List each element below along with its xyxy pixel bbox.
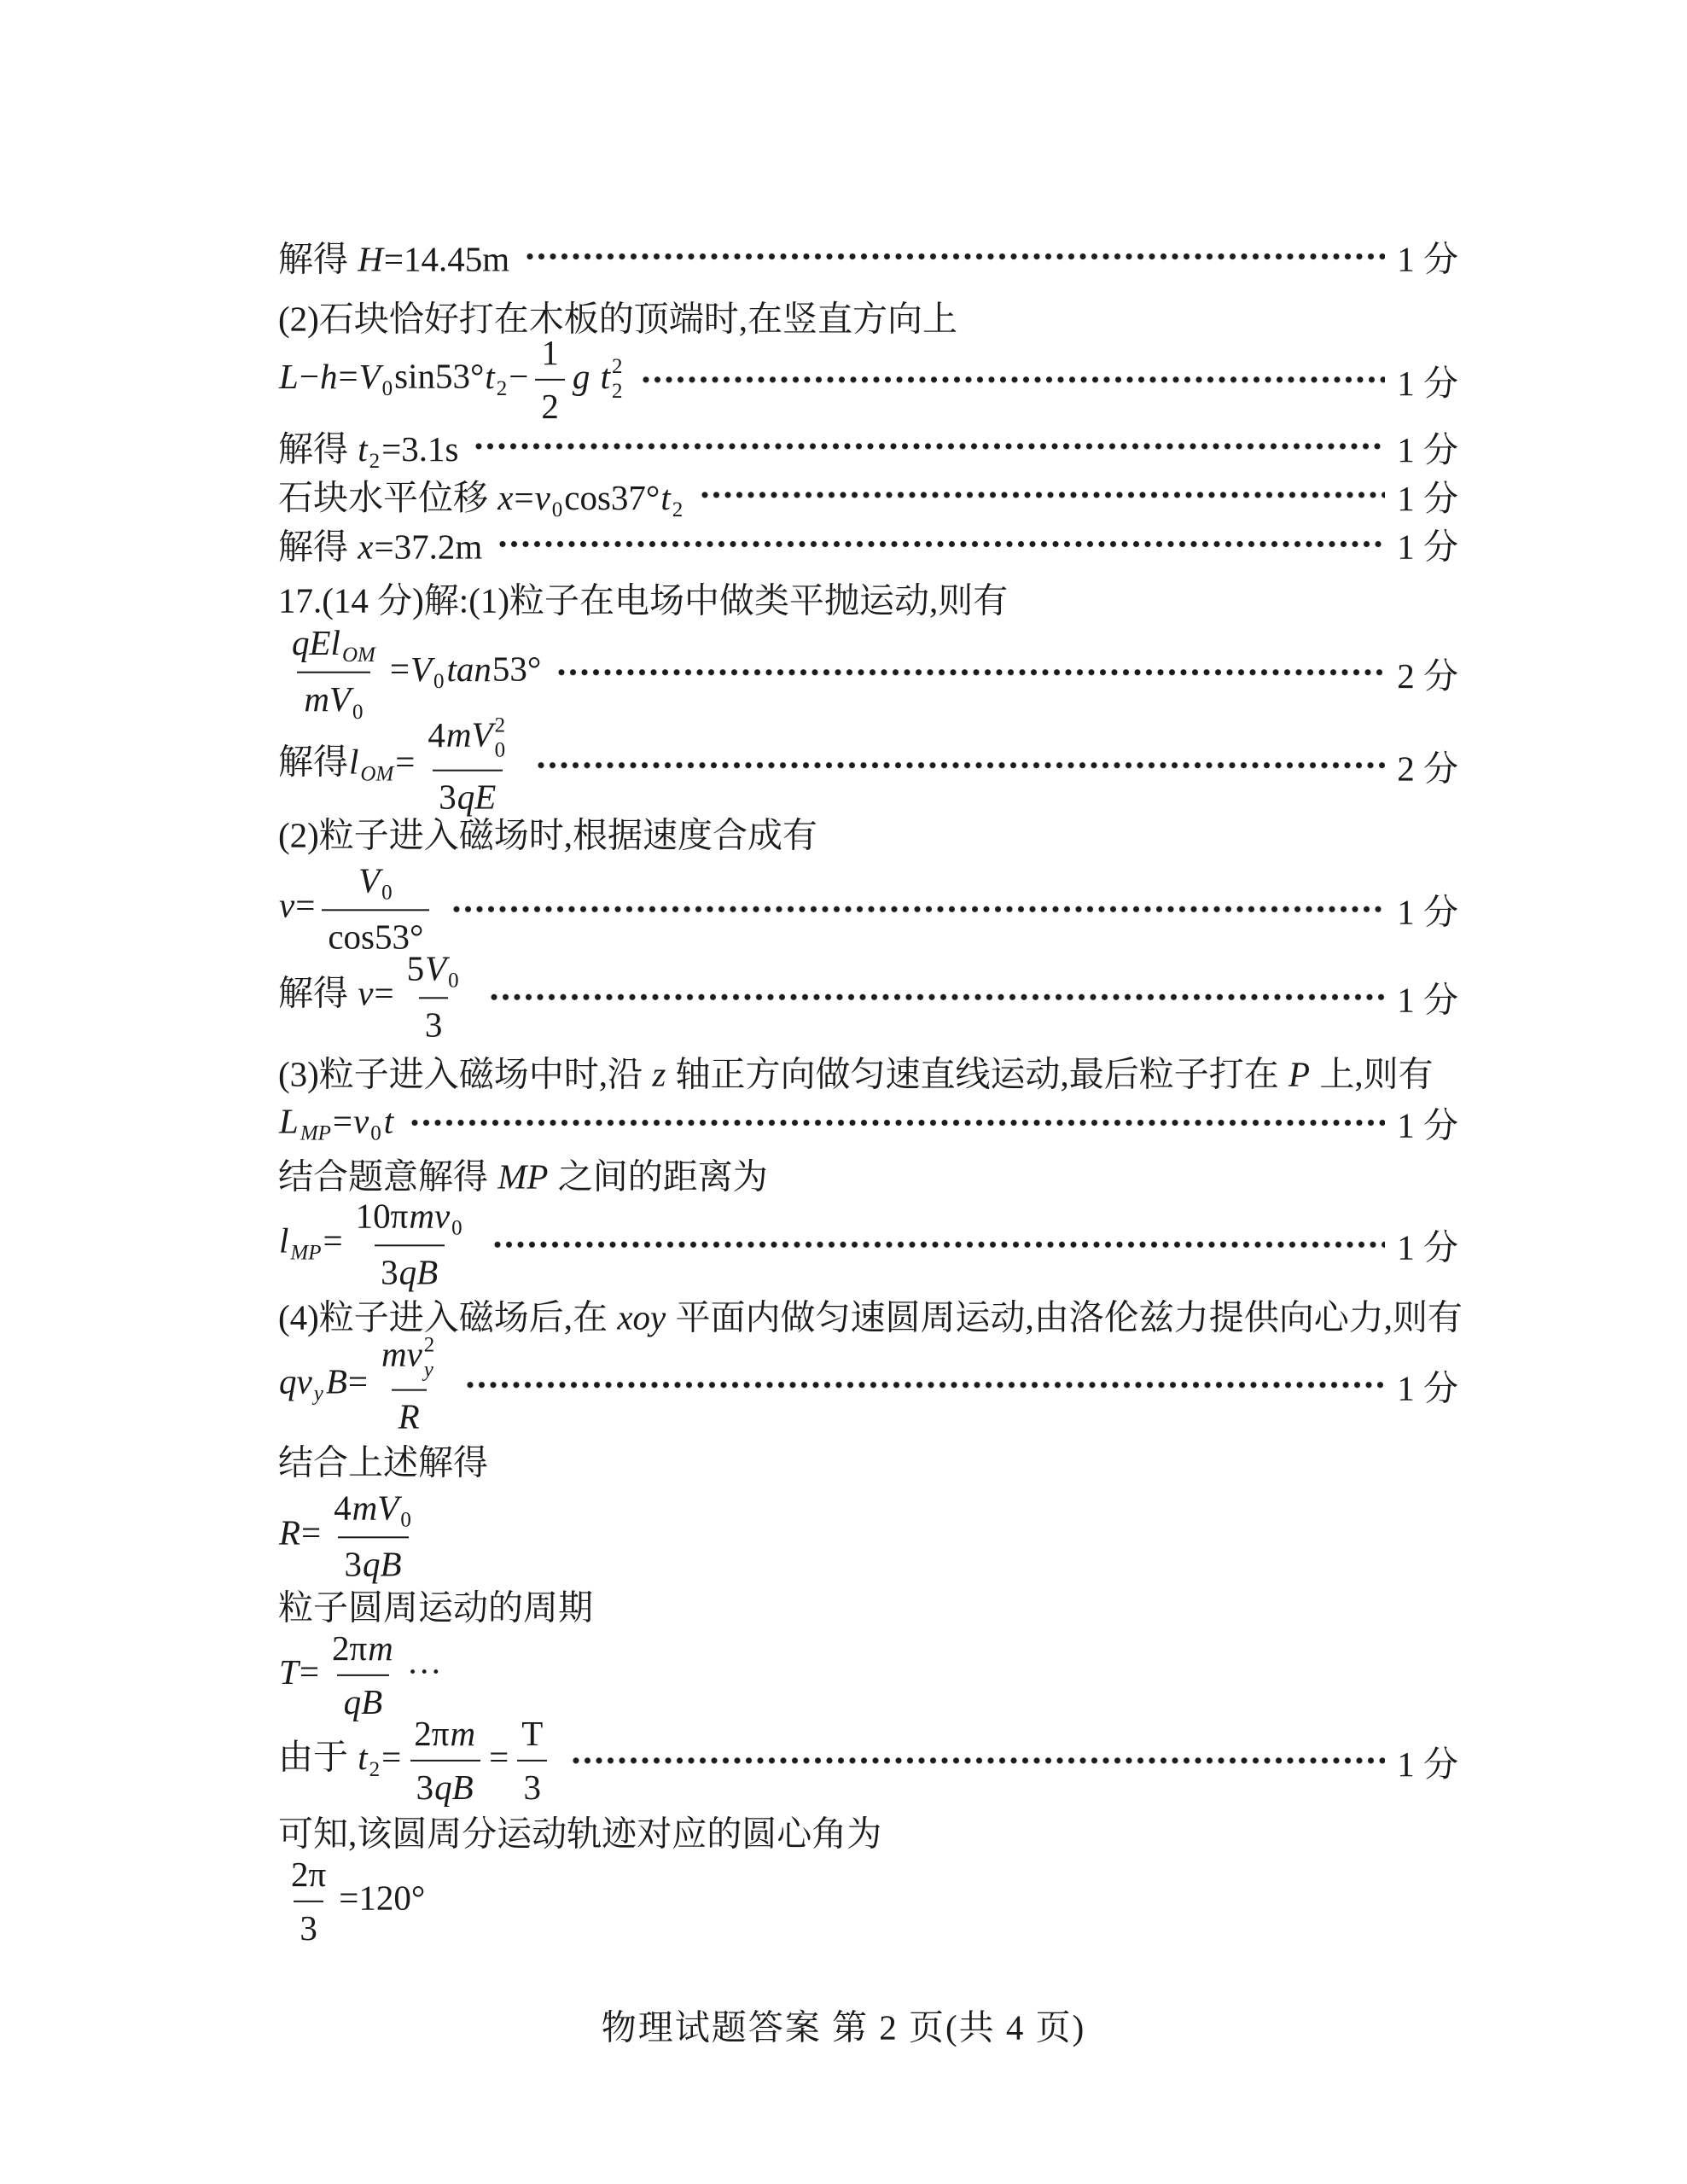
math-variable: R [398, 1396, 421, 1436]
line-content: 17.(14 分)解:(1)粒子在电场中做类平抛运动,则有 [278, 573, 1008, 623]
math-variable: v [278, 885, 295, 924]
line-content: 粒子圆周运动的周期 [278, 1580, 593, 1630]
math-text: 1 [541, 333, 559, 372]
fraction-denominator: 3 [419, 998, 449, 1047]
dotted-leader [556, 667, 1385, 678]
math-fraction: 12 [535, 331, 565, 428]
math-variable: R [278, 1512, 301, 1552]
math-variable: v [534, 478, 551, 517]
answer-line: qElOMmV0=V0tan53°2 分 [278, 621, 1458, 725]
answer-line: v=V0cos53°1 分 [278, 859, 1458, 958]
math-variable: mV [445, 715, 494, 754]
math-subscript: 0 [495, 738, 506, 763]
math-text [590, 356, 599, 395]
score-label: 2 分 [1397, 648, 1458, 698]
math-fraction: 2π3 [285, 1853, 332, 1950]
math-subscript: 0 [433, 670, 445, 693]
math-text: =14.45m [384, 240, 509, 279]
answer-line: lMP=10πmv03qB1 分 [278, 1194, 1458, 1294]
math-fraction: mv2yR [375, 1332, 443, 1439]
math-variable: V [424, 948, 447, 987]
line-content: v=V0cos53° [278, 859, 436, 958]
math-superscript: 2 [424, 1334, 435, 1359]
dotted-leader [700, 489, 1385, 501]
fraction-numerator: 1 [535, 331, 565, 379]
math-text: 3 [425, 1005, 443, 1045]
math-text: 解得 [278, 527, 357, 567]
math-text: 2π [332, 1628, 367, 1668]
line-content: 结合题意解得 MP 之间的距离为 [278, 1149, 768, 1199]
score-label: 1 分 [1397, 1736, 1458, 1786]
math-text: 解得 [278, 742, 348, 781]
dotted-leader [465, 1379, 1385, 1391]
line-content: 解得 x=37.2m [278, 519, 482, 569]
math-text: = [374, 973, 393, 1012]
score-label: 1 分 [1397, 422, 1458, 472]
math-text: = [301, 1512, 321, 1552]
math-text: = [390, 649, 410, 688]
math-text: = [295, 885, 315, 924]
fraction-numerator: T [515, 1712, 549, 1760]
math-fraction: 4mV203qE [422, 713, 514, 819]
line-content: lMP=10πmv03qB [278, 1194, 477, 1294]
math-subsup-stack: 22 [612, 355, 623, 405]
math-text: cos37° [564, 478, 660, 517]
math-variable: x [357, 527, 374, 567]
math-variable: t [600, 356, 611, 395]
dotted-leader [497, 538, 1385, 550]
math-text: 轴正方向做匀速直线运动,最后粒子打在 [666, 1055, 1288, 1094]
fraction-numerator: 4mV20 [422, 713, 514, 770]
math-variable: qv [278, 1361, 313, 1401]
math-text: 3 [416, 1768, 434, 1807]
line-content: qElOMmV0=V0tan53° [278, 621, 541, 725]
answer-line: qvyB=mv2yR1 分 [278, 1332, 1458, 1439]
dotted-leader [410, 1116, 1385, 1128]
math-subscript: y [314, 1383, 323, 1406]
math-variable: mv [408, 1196, 451, 1235]
math-text: =37.2m [374, 527, 482, 567]
math-text: 4 [334, 1488, 352, 1527]
math-subscript: 2 [497, 377, 508, 400]
math-text: = [395, 742, 415, 781]
math-text: = [300, 1651, 319, 1691]
line-content: 解得 v=5V03 [278, 946, 474, 1046]
math-variable: P [1288, 1055, 1311, 1094]
dotted-leader [489, 991, 1386, 1003]
answer-line: 解得 v=5V031 分 [278, 946, 1458, 1046]
math-variable: mv [381, 1335, 423, 1374]
math-variable: qEl [291, 623, 341, 662]
math-text: = [338, 356, 358, 395]
math-text: = [381, 1737, 401, 1776]
fraction-numerator: V0 [352, 859, 400, 909]
dotted-leader [492, 1238, 1386, 1250]
dotted-leader [571, 1755, 1385, 1767]
answer-line: 解得lOM=4mV203qE2 分 [278, 713, 1458, 819]
page: { "page": { "background": "#ffffff", "te… [0, 0, 1687, 2184]
math-fraction: V0cos53° [322, 859, 429, 958]
line-content: 解得lOM=4mV203qE [278, 713, 521, 819]
math-text: 5 [407, 948, 425, 987]
page-footer: 物理试题答案 第 2 页(共 4 页) [0, 2000, 1687, 2050]
answer-line: 可知,该圆周分运动轨迹对应的圆心角为 [278, 1806, 1458, 1856]
answer-line: 解得 H=14.45m1 分 [278, 231, 1458, 282]
math-subscript: 0 [381, 882, 393, 905]
math-text: sin53° [394, 356, 484, 395]
math-text: = [323, 1220, 343, 1260]
math-text: 上,则有 [1311, 1055, 1434, 1094]
line-content: (3)粒子进入磁场中时,沿 z 轴正方向做匀速直线运动,最后粒子打在 P 上,则… [278, 1046, 1434, 1097]
answer-line: 粒子圆周运动的周期 [278, 1580, 1458, 1630]
score-label: 1 分 [1397, 519, 1458, 569]
fraction-numerator: 5V0 [401, 946, 467, 997]
fraction-numerator: qElOM [285, 621, 383, 672]
math-variable: x [497, 478, 514, 517]
math-fraction: 4mV03qB [328, 1486, 419, 1586]
math-variable: MP [497, 1157, 549, 1197]
line-content: 石块水平位移 x=v0cos37°t2 [278, 469, 684, 521]
math-text: 可知,该圆周分运动轨迹对应的圆心角为 [278, 1814, 881, 1854]
fraction-denominator: 3qB [410, 1760, 480, 1809]
line-content: 解得 H=14.45m [278, 231, 509, 282]
math-variable: t [383, 1101, 394, 1140]
score-label: 1 分 [1397, 355, 1458, 405]
math-variable: V [410, 649, 433, 688]
math-subscript: OM [360, 763, 393, 786]
math-text: = [514, 478, 533, 517]
fraction-denominator: 3 [517, 1760, 547, 1809]
fraction-denominator: R [392, 1389, 427, 1438]
score-label: 2 分 [1397, 740, 1458, 790]
math-text: 3 [344, 1545, 362, 1584]
math-text: 解得 [278, 429, 357, 469]
math-variable: qB [398, 1253, 439, 1292]
math-superscript: 2 [612, 355, 623, 380]
math-text: 2π [291, 1855, 326, 1894]
math-text: =120° [339, 1878, 425, 1917]
math-subsup-stack: 20 [495, 714, 506, 764]
fraction-numerator: 2π [285, 1853, 332, 1901]
fraction-denominator: 3 [294, 1901, 323, 1950]
math-variable: B [325, 1361, 348, 1401]
math-variable: v [357, 973, 374, 1012]
math-variable: qB [433, 1768, 474, 1807]
answer-line: (2)粒子进入磁场时,根据速度合成有 [278, 807, 1458, 858]
line-content: qvyB=mv2yR [278, 1332, 450, 1439]
answer-line: L−h=V0sin53°t2−12g t221 分 [278, 331, 1458, 428]
math-text: 石块水平位移 [278, 478, 497, 517]
math-variable: z [651, 1055, 666, 1094]
score-label: 1 分 [1397, 231, 1458, 282]
fraction-numerator: 2πm [326, 1627, 400, 1674]
math-subscript: OM [342, 644, 375, 667]
math-text: 3 [381, 1253, 398, 1292]
math-subscript: 2 [612, 380, 623, 405]
math-variable: V [358, 860, 381, 900]
score-label: 1 分 [1397, 971, 1458, 1022]
math-subsup-stack: 2y [424, 1334, 435, 1383]
math-variable: H [357, 240, 384, 279]
answer-line: 结合题意解得 MP 之间的距离为 [278, 1149, 1458, 1199]
math-text: 粒子圆周运动的周期 [278, 1588, 593, 1628]
answer-line: 由于 t2=2πm3qB=T31 分 [278, 1712, 1458, 1809]
line-content: L−h=V0sin53°t2−12g t22 [278, 331, 625, 428]
answer-line: 2π3=120° [278, 1853, 1458, 1950]
math-text: = [489, 1737, 509, 1776]
math-text: (2)粒子进入磁场时,根据速度合成有 [278, 816, 817, 855]
math-subscript: 0 [451, 1217, 462, 1240]
math-text: 4 [428, 715, 445, 754]
math-subscript: MP [290, 1242, 321, 1265]
math-variable: h [319, 356, 339, 395]
score-label: 1 分 [1397, 1098, 1458, 1148]
math-subscript: 0 [448, 970, 459, 993]
math-subscript: 0 [400, 1509, 411, 1532]
line-content: T=2πmqB··· [278, 1627, 442, 1724]
math-subscript: 0 [370, 1122, 381, 1145]
math-text: ··· [407, 1651, 442, 1691]
fraction-numerator: 2πm [408, 1712, 482, 1760]
math-variable: qB [362, 1545, 403, 1584]
math-text: (4)粒子进入磁场后,在 [278, 1298, 616, 1337]
math-variable: t [484, 356, 495, 395]
math-fraction: 5V03 [401, 946, 467, 1046]
dotted-leader [474, 440, 1385, 452]
dotted-leader [641, 374, 1386, 386]
math-variable: t [357, 1737, 368, 1776]
math-text: − [509, 356, 528, 395]
math-variable: m [367, 1628, 394, 1668]
math-subscript: MP [300, 1122, 331, 1145]
math-text: 10π [356, 1196, 409, 1235]
answer-line: 解得 t2=3.1s1 分 [278, 421, 1458, 472]
line-content: 解得 t2=3.1s [278, 421, 458, 472]
math-text: T [521, 1714, 543, 1753]
score-label: 1 分 [1397, 883, 1458, 934]
math-variable: m [449, 1714, 476, 1753]
line-content: 可知,该圆周分运动轨迹对应的圆心角为 [278, 1806, 881, 1856]
math-text: 3 [300, 1908, 317, 1948]
answer-line: 结合上述解得 [278, 1435, 1458, 1485]
line-content: 结合上述解得 [278, 1435, 488, 1485]
answer-line: R=4mV03qB [278, 1486, 1458, 1586]
math-text: 3 [523, 1768, 541, 1807]
math-variable: t [357, 429, 368, 469]
answer-line: 17.(14 分)解:(1)粒子在电场中做类平抛运动,则有 [278, 573, 1458, 623]
math-fraction: T3 [515, 1712, 549, 1809]
math-text: 解得 [278, 240, 357, 279]
dotted-leader [525, 250, 1385, 262]
math-subscript: y [424, 1358, 433, 1383]
line-content: LMP=v0t [278, 1100, 394, 1144]
dotted-leader [536, 760, 1385, 772]
math-text: = [333, 1101, 352, 1140]
answer-line: T=2πmqB··· [278, 1627, 1458, 1724]
score-label: 1 分 [1397, 1219, 1458, 1269]
math-variable: L [278, 1101, 300, 1140]
math-fraction: 10πmv03qB [350, 1194, 470, 1294]
math-text: = [348, 1361, 368, 1401]
answer-line: 石块水平位移 x=v0cos37°t21 分 [278, 469, 1458, 521]
math-text: 结合上述解得 [278, 1443, 488, 1482]
line-content: 由于 t2=2πm3qB=T3 [278, 1712, 556, 1809]
dotted-leader [451, 903, 1385, 915]
math-variable: V [358, 356, 381, 395]
math-text: 17.(14 分)解:(1)粒子在电场中做类平抛运动,则有 [278, 581, 1008, 620]
math-text: =3.1s [381, 429, 458, 469]
answer-line: (3)粒子进入磁场中时,沿 z 轴正方向做匀速直线运动,最后粒子打在 P 上,则… [278, 1046, 1458, 1097]
math-variable: g [572, 356, 591, 395]
line-content: (2)粒子进入磁场时,根据速度合成有 [278, 807, 817, 858]
math-variable: L [278, 356, 300, 395]
math-variable: l [348, 742, 359, 781]
math-subscript: 0 [382, 377, 393, 400]
fraction-denominator: 3qB [375, 1245, 445, 1295]
math-text: 解得 [278, 973, 357, 1012]
score-label: 1 分 [1397, 470, 1458, 521]
math-text: − [300, 356, 319, 395]
fraction-numerator: mv2y [375, 1332, 443, 1389]
math-variable: tan [446, 649, 492, 688]
math-text: (3)粒子进入磁场中时,沿 [278, 1055, 651, 1094]
math-variable: t [660, 478, 671, 517]
math-text: 之间的距离为 [549, 1157, 767, 1197]
math-text: 平面内做匀速圆周运动,由洛伦兹力提供向心力,则有 [666, 1298, 1463, 1337]
answer-line: LMP=v0t1 分 [278, 1098, 1458, 1148]
math-variable: T [278, 1651, 300, 1691]
math-variable: l [278, 1220, 289, 1260]
math-variable: v [352, 1101, 369, 1140]
math-variable: mV [352, 1488, 400, 1527]
math-text: 由于 [278, 1737, 357, 1776]
fraction-numerator: 10πmv0 [350, 1194, 470, 1244]
math-text: 2π [414, 1714, 449, 1753]
math-text: 结合题意解得 [278, 1157, 497, 1197]
math-fraction: qElOMmV0 [285, 621, 383, 725]
answer-line: 解得 x=37.2m1 分 [278, 519, 1458, 569]
fraction-numerator: 4mV0 [328, 1486, 419, 1536]
math-text: 53° [492, 649, 541, 688]
line-content: R=4mV03qB [278, 1486, 426, 1586]
math-variable: xoy [616, 1298, 666, 1337]
score-label: 1 分 [1397, 1360, 1458, 1410]
math-subscript: 2 [369, 1758, 381, 1781]
answer-sheet: 解得 H=14.45m1 分(2)石块恰好打在木板的顶端时,在竖直方向上L−h=… [0, 0, 1687, 2184]
math-fraction: 2πmqB [326, 1627, 400, 1724]
math-superscript: 2 [495, 714, 506, 739]
math-fraction: 2πm3qB [408, 1712, 482, 1809]
line-content: 2π3=120° [278, 1853, 425, 1950]
